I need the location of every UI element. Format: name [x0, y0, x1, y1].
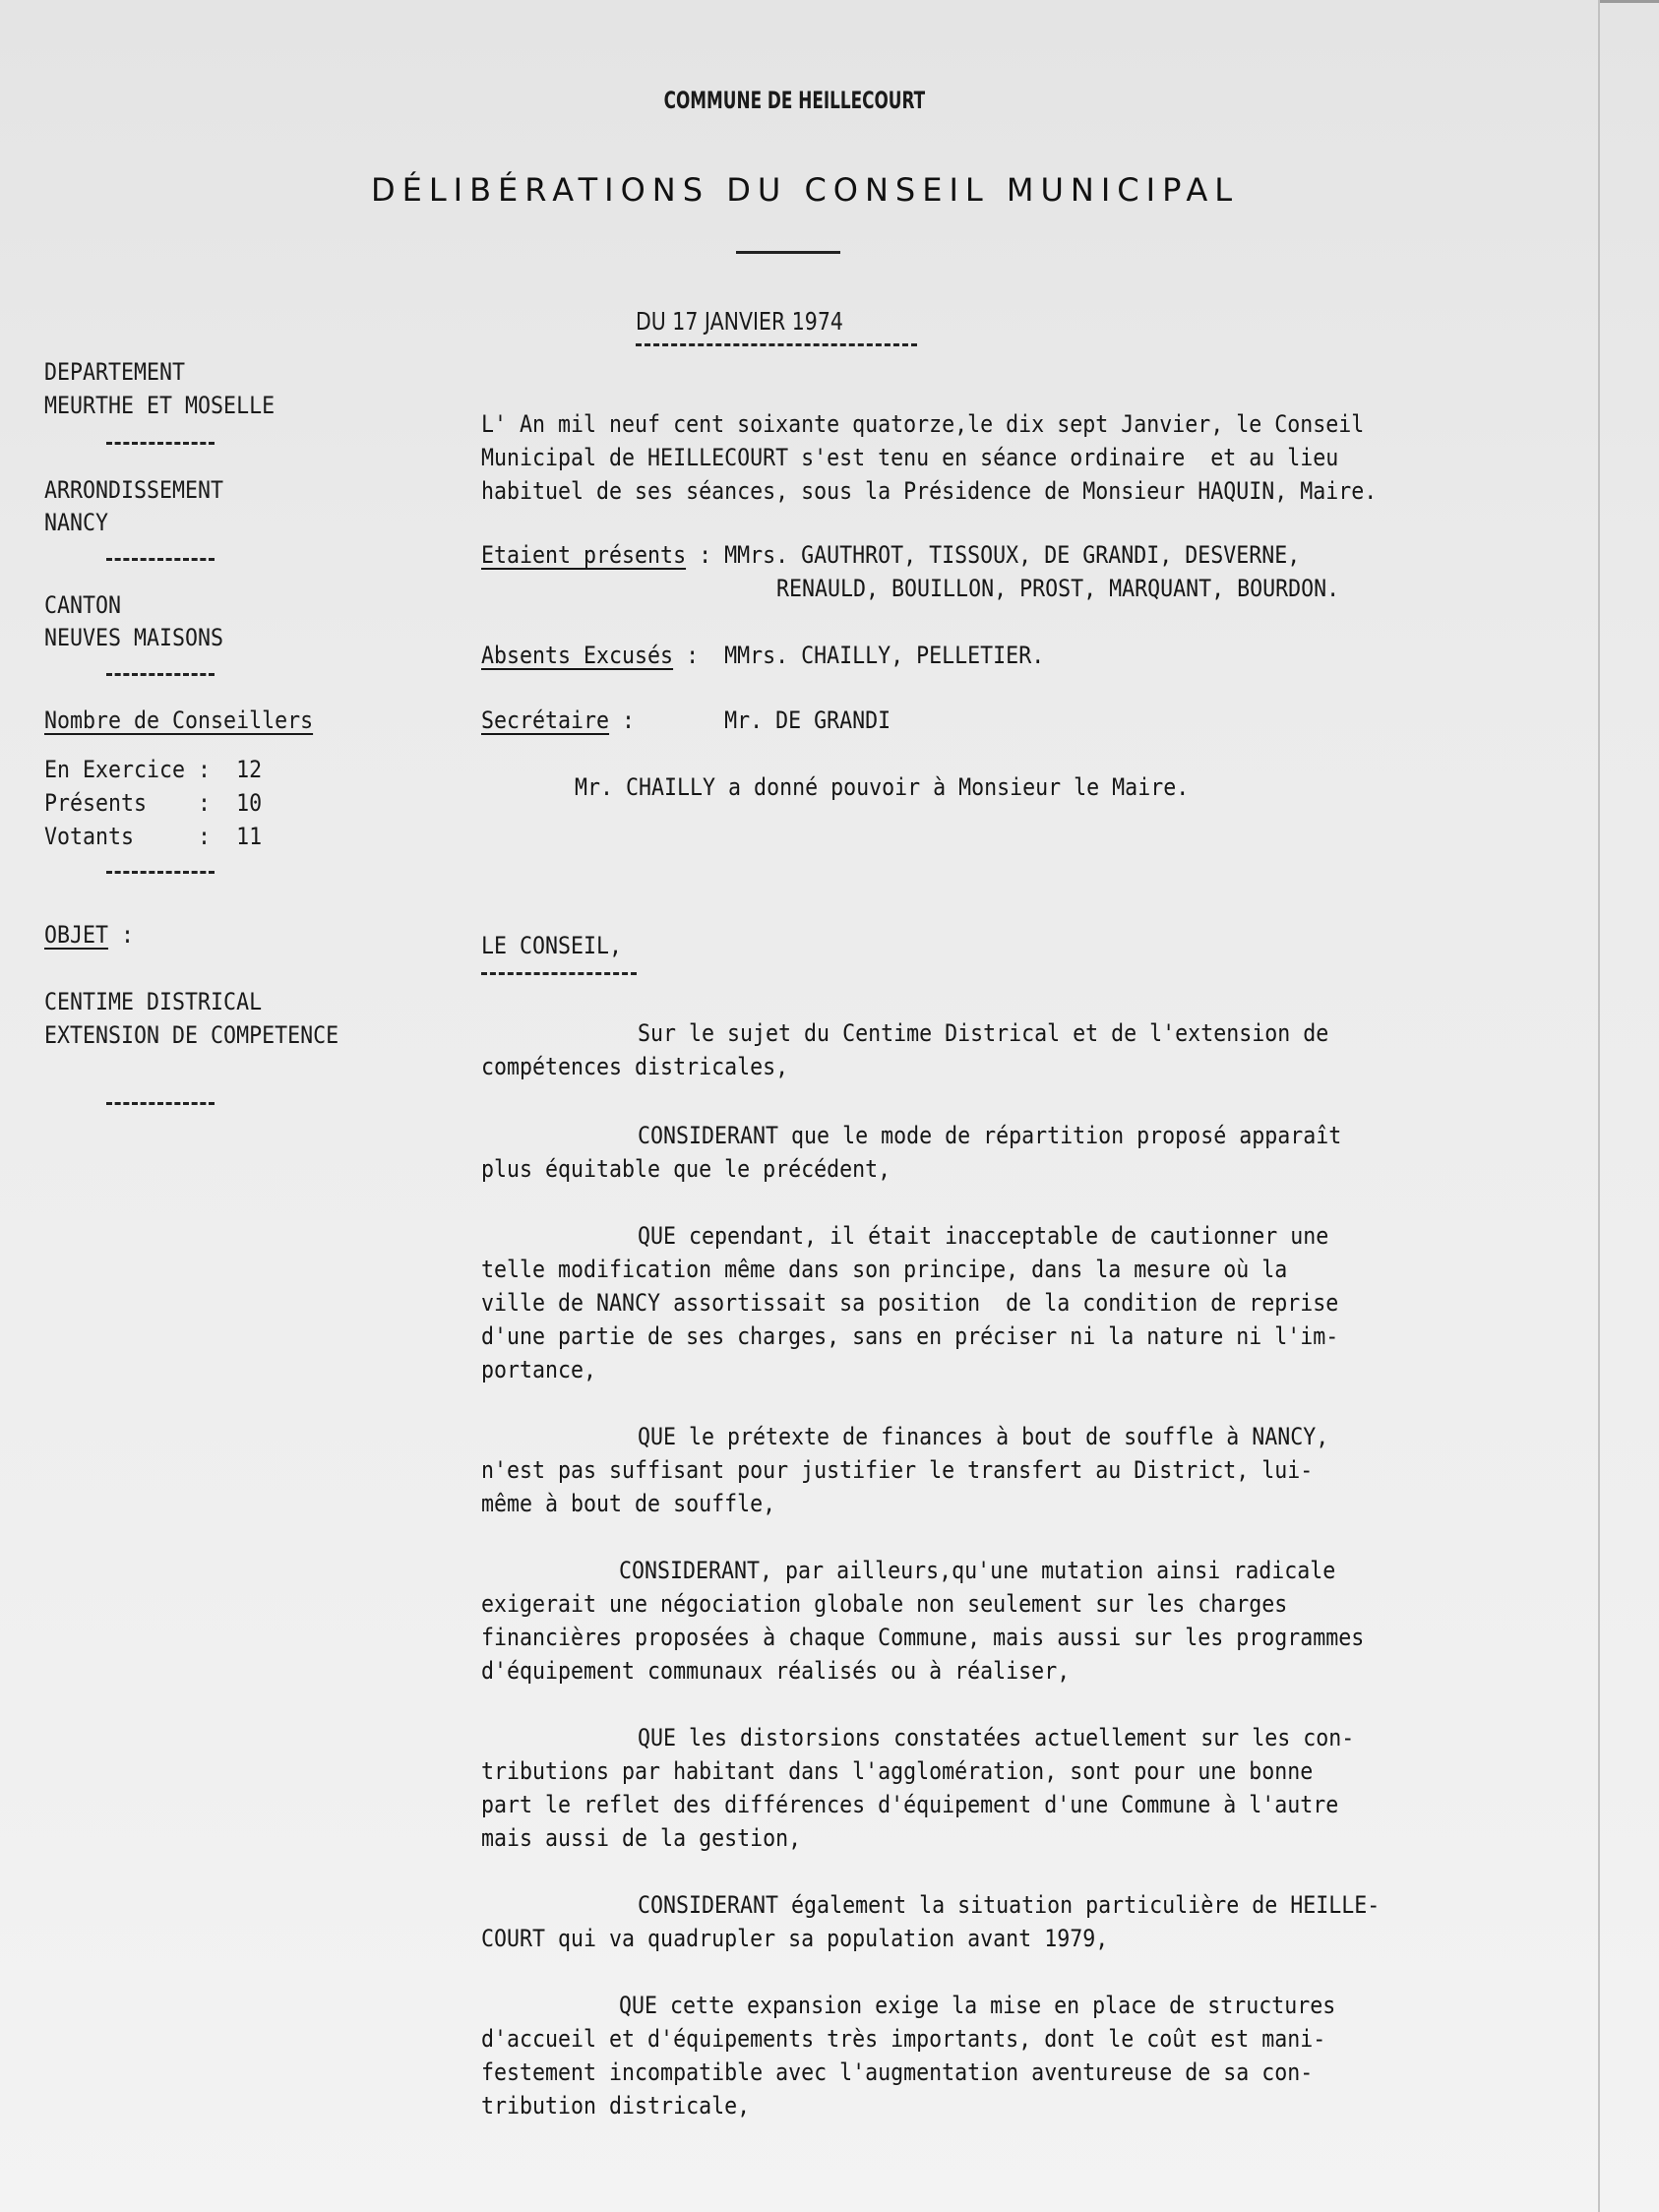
paragraph-line: n'est pas suffisant pour justifier le tr… — [481, 1456, 1313, 1484]
session-date: DU 17 JANVIER 1974 — [636, 307, 843, 336]
count-row-presents: Présents : 10 — [44, 789, 262, 817]
absents-label: Absents Excusés — [481, 642, 673, 669]
presents-continuation: RENAULD, BOUILLON, PROST, MARQUANT, BOUR… — [776, 575, 1339, 602]
commune-heading: COMMUNE DE HEILLECOURT — [174, 87, 1414, 114]
title-divider — [736, 251, 840, 254]
count-label: Votants : — [44, 823, 211, 850]
scanned-page: COMMUNE DE HEILLECOURT DÉLIBÉRATIONS DU … — [0, 0, 1659, 2212]
pouvoir-note: Mr. CHAILLY a donné pouvoir à Monsieur l… — [575, 773, 1189, 801]
paragraph-line: compétences districales, — [481, 1053, 788, 1080]
paragraph-line: tribution districale, — [481, 2092, 750, 2120]
page-top-edge — [1600, 0, 1659, 3]
arrondissement-label: ARRONDISSEMENT — [44, 476, 223, 504]
paragraph-line: d'une partie de ses charges, sans en pré… — [481, 1322, 1338, 1350]
objet-line: CENTIME DISTRICAL — [44, 988, 262, 1015]
presents-label: Etaient présents — [481, 541, 686, 569]
count-row-exercice: En Exercice : 12 — [44, 756, 262, 783]
paragraph-line: tributions par habitant dans l'aggloméra… — [481, 1757, 1313, 1785]
presents-row: Etaient présents : MMrs. GAUTHROT, TISSO… — [481, 541, 1300, 569]
secretaire-label: Secrétaire — [481, 707, 609, 734]
paragraph-line: telle modification même dans son princip… — [481, 1256, 1287, 1283]
paragraph-line: d'équipement communaux réalisés ou à réa… — [481, 1657, 1070, 1685]
objet-label: OBJET — [44, 921, 108, 949]
paragraph-line: part le reflet des différences d'équipem… — [481, 1791, 1338, 1818]
intro-line: L' An mil neuf cent soixante quatorze,le… — [481, 410, 1364, 438]
paragraph-line: ville de NANCY assortissait sa position … — [481, 1289, 1338, 1317]
paragraph-line: plus équitable que le précédent, — [481, 1155, 891, 1183]
paragraph-line: même à bout de souffle, — [481, 1490, 775, 1517]
paragraph-line: mais aussi de la gestion, — [481, 1824, 801, 1852]
secretaire-row: Secrétaire : Mr. DE GRANDI — [481, 707, 891, 734]
canton-label: CANTON — [44, 591, 121, 619]
count-label: En Exercice : — [44, 756, 211, 783]
separator — [106, 558, 215, 561]
conseillers-heading: Nombre de Conseillers — [44, 707, 313, 734]
departement-label: DEPARTEMENT — [44, 358, 185, 386]
paragraph-line: COURT qui va quadrupler sa population av… — [481, 1925, 1108, 1952]
paragraph-first-line: QUE cette expansion exige la mise en pla… — [619, 1992, 1335, 2019]
separator — [106, 673, 215, 676]
intro-line: Municipal de HEILLECOURT s'est tenu en s… — [481, 444, 1338, 471]
conseil-underline — [481, 972, 637, 975]
count-value: 12 — [236, 756, 262, 783]
separator — [106, 1102, 215, 1105]
paragraph-first-line: Sur le sujet du Centime Districal et de … — [638, 1019, 1328, 1047]
paragraph-line: d'accueil et d'équipements très importan… — [481, 2025, 1325, 2053]
page-edge-line — [1598, 0, 1600, 2212]
document-title: DÉLIBÉRATIONS DU CONSEIL MUNICIPAL — [0, 171, 1600, 209]
paragraph-first-line: CONSIDERANT que le mode de répartition p… — [638, 1122, 1341, 1149]
paragraph-first-line: QUE cependant, il était inacceptable de … — [638, 1222, 1328, 1250]
secretaire-value: : Mr. DE GRANDI — [609, 707, 891, 734]
intro-line: habituel de ses séances, sous la Préside… — [481, 477, 1377, 505]
date-underline — [636, 343, 917, 346]
paragraph-line: festement incompatible avec l'augmentati… — [481, 2058, 1313, 2086]
paragraph-line: portance, — [481, 1356, 596, 1383]
paragraph-line: financières proposées à chaque Commune, … — [481, 1624, 1364, 1651]
paragraph-first-line: QUE les distorsions constatées actuellem… — [638, 1724, 1354, 1751]
absents-row: Absents Excusés : MMrs. CHAILLY, PELLETI… — [481, 642, 1044, 669]
objet-heading: OBJET : — [44, 921, 134, 949]
paragraph-line: exigerait une négociation globale non se… — [481, 1590, 1287, 1618]
canton-value: NEUVES MAISONS — [44, 624, 223, 651]
departement-value: MEURTHE ET MOSELLE — [44, 392, 275, 419]
count-value: 11 — [236, 823, 262, 850]
separator — [106, 442, 215, 445]
arrondissement-value: NANCY — [44, 509, 108, 536]
presents-value: : MMrs. GAUTHROT, TISSOUX, DE GRANDI, DE… — [686, 541, 1300, 569]
objet-line: EXTENSION DE COMPETENCE — [44, 1021, 338, 1049]
separator — [106, 871, 215, 874]
conseil-heading: LE CONSEIL, — [481, 932, 622, 959]
paragraph-first-line: CONSIDERANT, par ailleurs,qu'une mutatio… — [619, 1557, 1335, 1584]
paragraph-first-line: QUE le prétexte de finances à bout de so… — [638, 1423, 1328, 1450]
count-value: 10 — [236, 789, 262, 817]
count-row-votants: Votants : 11 — [44, 823, 262, 850]
count-label: Présents : — [44, 789, 211, 817]
absents-value: : MMrs. CHAILLY, PELLETIER. — [673, 642, 1044, 669]
objet-colon: : — [108, 921, 134, 949]
paragraph-first-line: CONSIDERANT également la situation parti… — [638, 1891, 1380, 1919]
